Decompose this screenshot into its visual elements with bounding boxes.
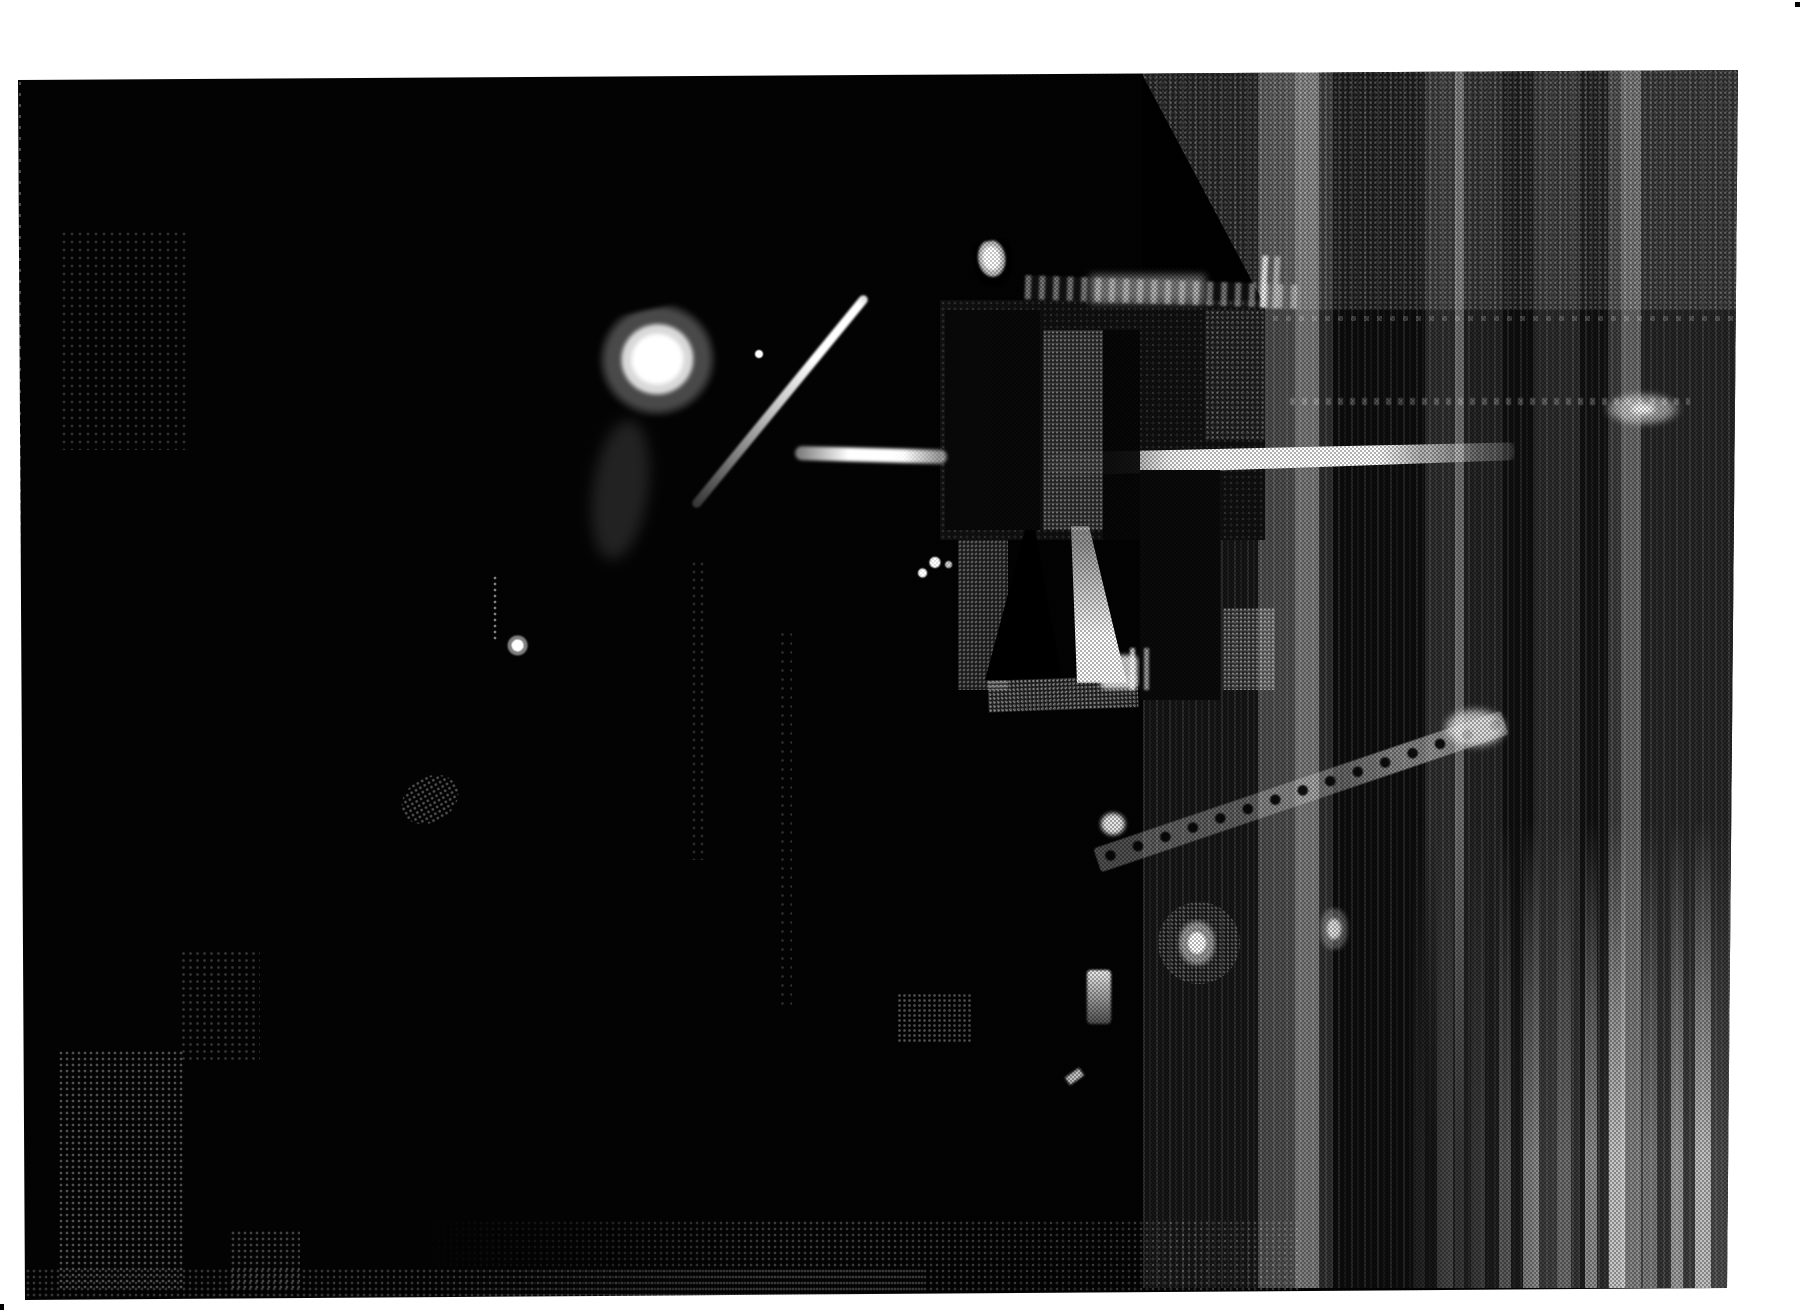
- page-speck-top-right: [1795, 2, 1800, 7]
- strip-right-highlight: [1446, 710, 1504, 746]
- machine-top-ridge-bright: [1090, 275, 1205, 303]
- short-horizontal-bar: [795, 446, 947, 464]
- dome-highlight: [577, 298, 729, 442]
- page-speck-bottom-left: [0, 1304, 4, 1310]
- wall-bracket-patch: [1223, 608, 1275, 690]
- speckle-arc: [393, 765, 467, 834]
- ledge-band: [987, 675, 1138, 712]
- page: { "page": { "background": "#ffffff", "ar…: [0, 0, 1804, 1312]
- speckle-column-center: [690, 560, 708, 860]
- bright-tick: [1065, 1068, 1084, 1085]
- machine-front-panel: [945, 310, 1040, 530]
- glow-spot-small: [1320, 908, 1348, 950]
- photo-canvas: [18, 70, 1738, 1300]
- post-claw-highlight: [910, 548, 958, 586]
- wall-bottom-right-glow: [1413, 818, 1738, 1288]
- left-dot-column: [492, 575, 499, 640]
- strip-end-blob: [1101, 813, 1125, 835]
- speckle-column-center-2: [778, 630, 792, 1010]
- machine-side-patch: [1205, 310, 1265, 440]
- speckle-cluster-left-mid: [180, 950, 260, 1060]
- speckle-patch-center-low: [897, 993, 973, 1043]
- wall-bright-smudge: [1600, 386, 1695, 432]
- lifting-hook-right: [1254, 255, 1289, 309]
- floating-speck: [753, 348, 765, 360]
- machine-gray-column: [1043, 330, 1103, 530]
- left-bright-dot: [505, 635, 533, 661]
- bright-slit: [1087, 970, 1111, 1024]
- lifting-hook-left: [971, 237, 1027, 301]
- bracket-bright-marks: [1130, 648, 1162, 690]
- photo-bottom-fringe: [25, 1268, 925, 1298]
- speckle-cluster-lower-left: [58, 1050, 183, 1290]
- photo-left-border: [19, 80, 21, 1295]
- photo-frame: [0, 0, 1804, 1312]
- dome-tail: [584, 417, 658, 563]
- speckle-cluster-upper-left: [60, 230, 190, 450]
- machine-dark-post: [1103, 330, 1140, 540]
- glow-spot-large: [1178, 920, 1216, 966]
